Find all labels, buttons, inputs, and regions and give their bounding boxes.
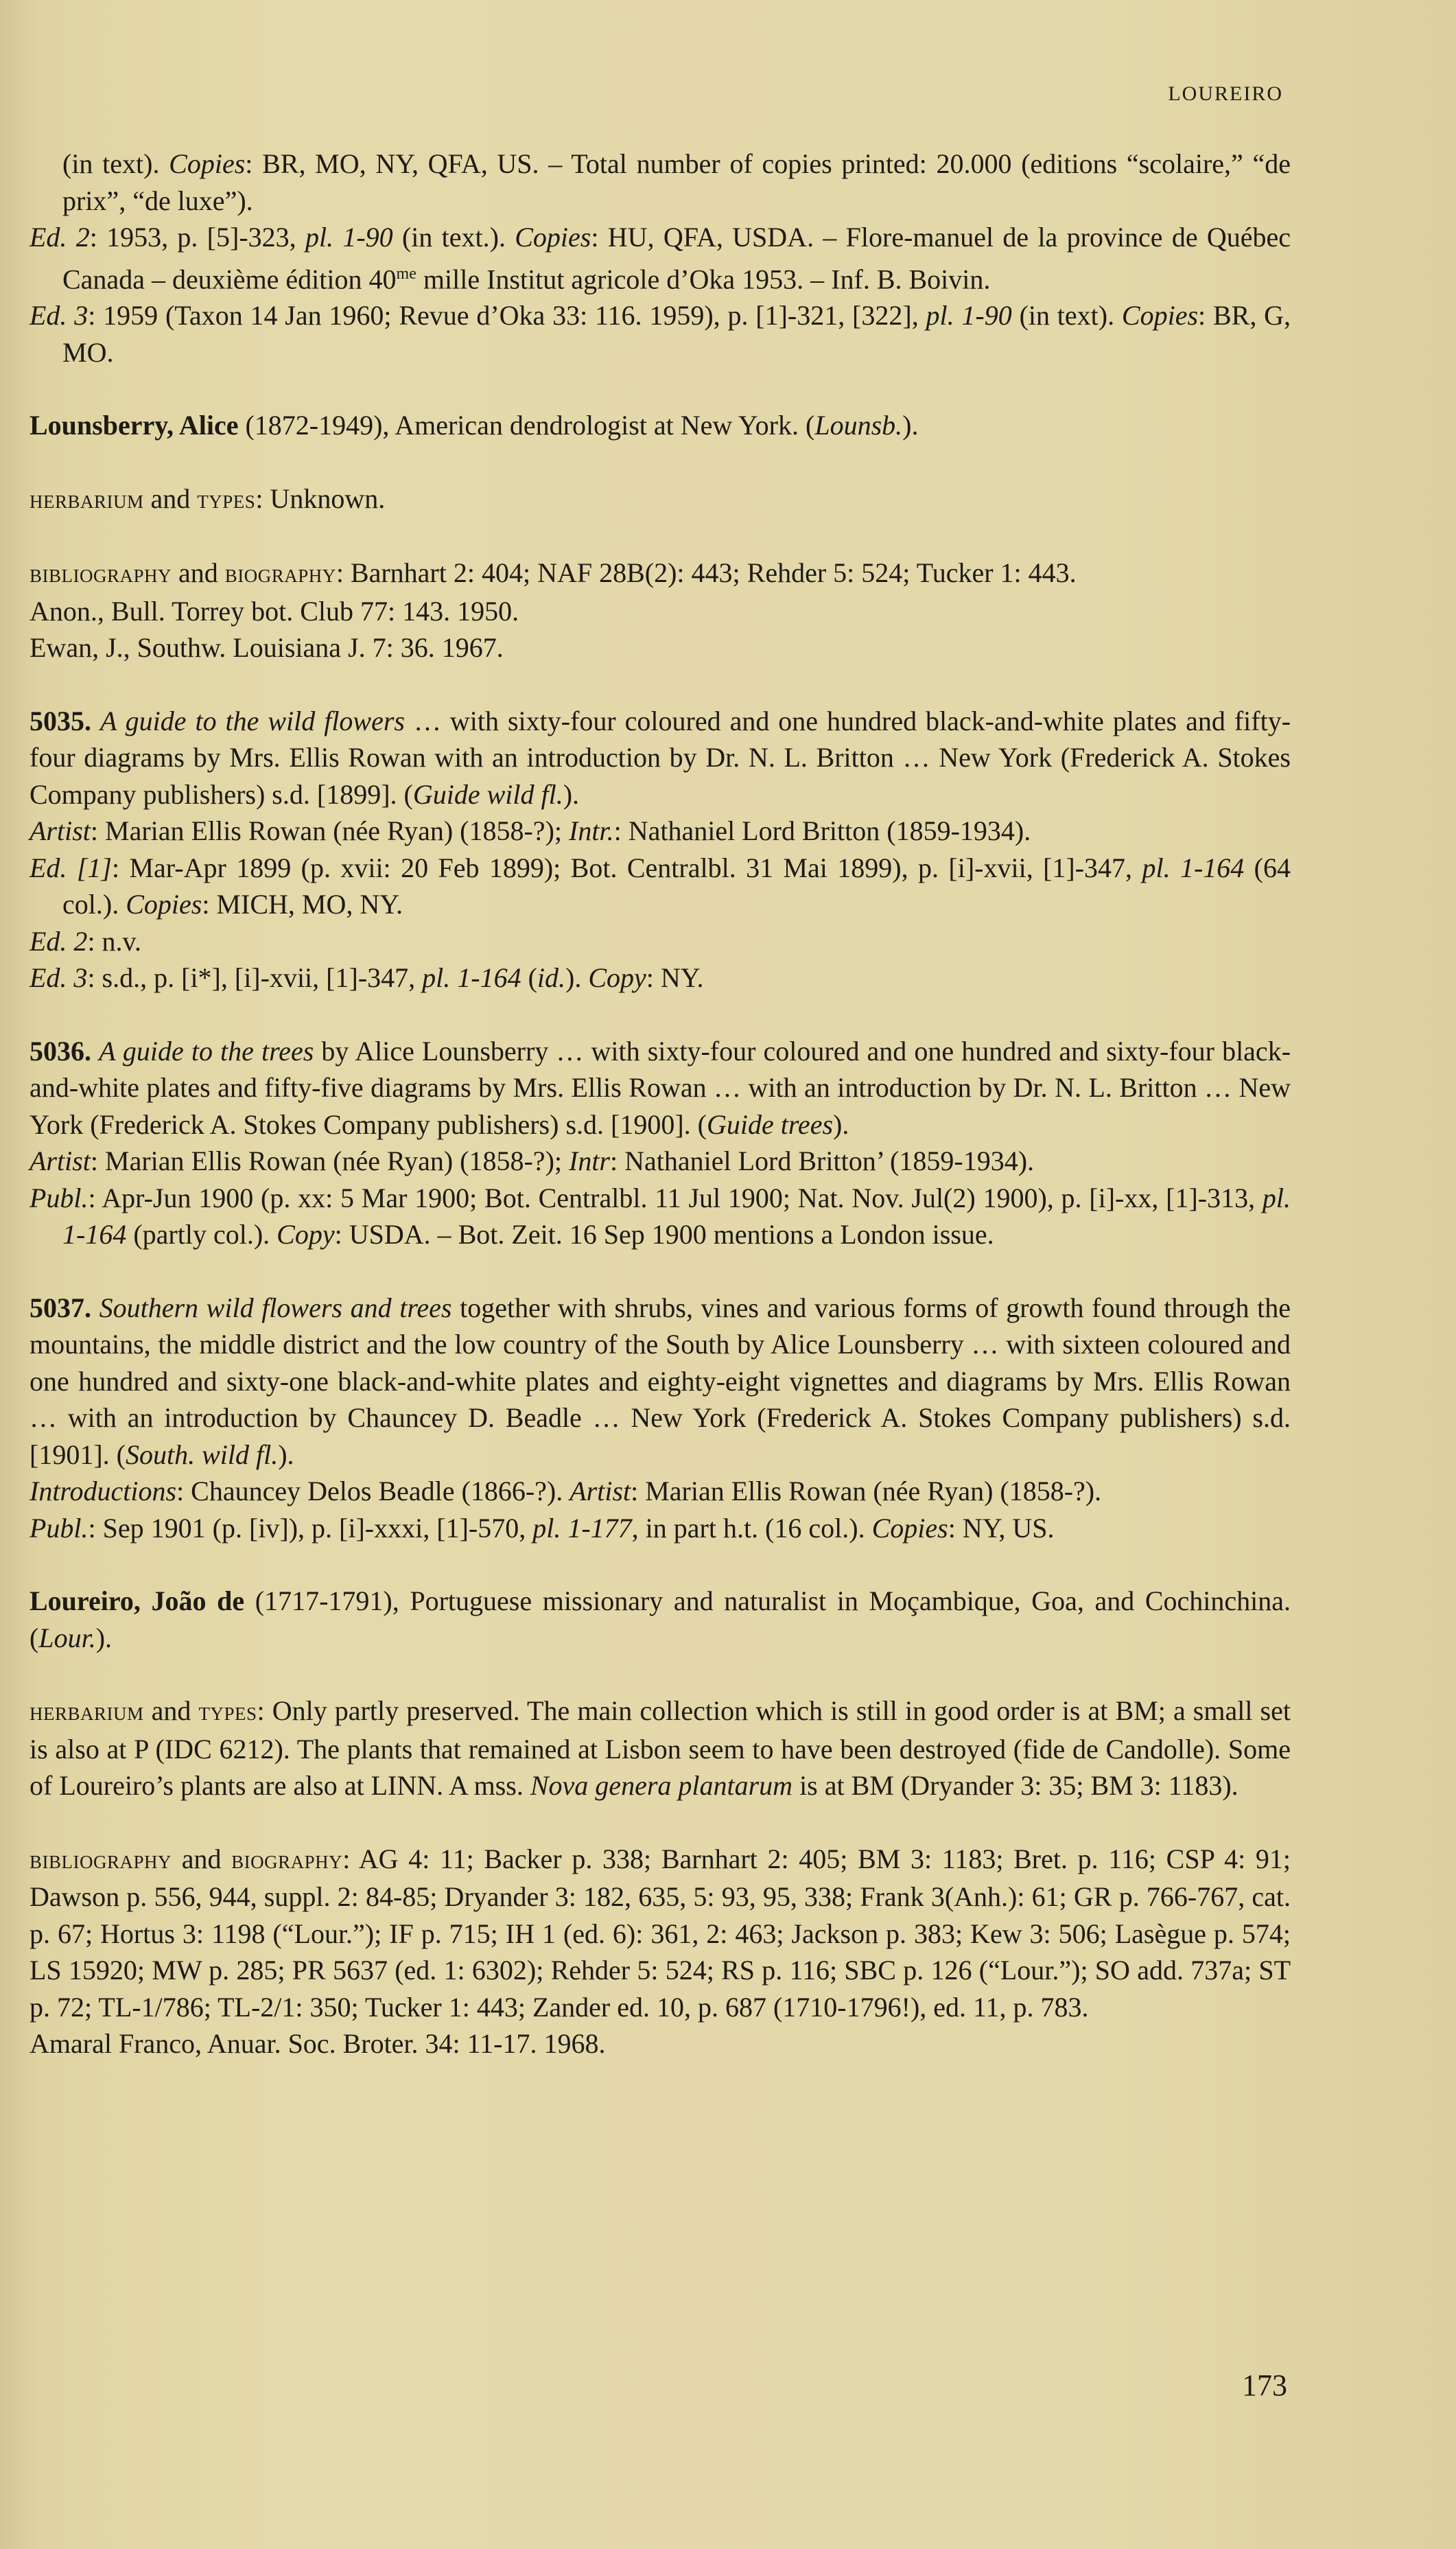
author-heading-lounsberry: Lounsberry, Alice (1872-1949), American … (30, 407, 1291, 444)
artist-line: Artist: Marian Ellis Rowan (née Ryan) (1… (30, 813, 1291, 850)
introductions-line: Introductions: Chauncey Delos Beadle (18… (30, 1473, 1291, 1510)
body-text: (in text). Copies: BR, MO, NY, QFA, US. … (30, 146, 1291, 2062)
entry-number: 5037. (30, 1292, 91, 1323)
entry-title: A guide to the wild flowers (100, 706, 405, 736)
edition-line: Ed. 2: n.v. (30, 923, 1291, 960)
continuation-ed3: Ed. 3: 1959 (Taxon 14 Jan 1960; Revue d’… (30, 297, 1291, 371)
page-number: 173 (1242, 2368, 1287, 2403)
continuation-ed1: (in text). Copies: BR, MO, NY, QFA, US. … (30, 146, 1291, 219)
bibliography-section: bibliography and biography: AG 4: 11; Ba… (30, 1841, 1291, 2026)
entry-title: A guide to the trees (99, 1036, 314, 1067)
herbarium-section: herbarium and types: Only partly preserv… (30, 1692, 1291, 1804)
author-heading-loureiro: Loureiro, João de (1717-1791), Portugues… (30, 1583, 1291, 1656)
entry-title: Southern wild flowers and trees (99, 1292, 452, 1323)
artist-line: Artist: Marian Ellis Rowan (née Ryan) (1… (30, 1143, 1291, 1180)
author-name: Lounsberry, Alice (30, 410, 238, 441)
author-name: Loureiro, João de (30, 1585, 244, 1616)
running-head: LOUREIRO (1168, 82, 1283, 106)
bibliography-section: bibliography and biography: Barnhart 2: … (30, 555, 1291, 593)
entry-number: 5035. (30, 706, 91, 736)
reference-line: Amaral Franco, Anuar. Soc. Broter. 34: 1… (30, 2025, 1291, 2062)
publication-line: Publ.: Sep 1901 (p. [iv]), p. [i]-xxxi, … (30, 1510, 1291, 1547)
reference-line: Anon., Bull. Torrey bot. Club 77: 143. 1… (30, 593, 1291, 630)
entry-5037: 5037. Southern wild flowers and trees to… (30, 1290, 1291, 1474)
publication-line: Publ.: Apr-Jun 1900 (p. xx: 5 Mar 1900; … (30, 1180, 1291, 1253)
entry-number: 5036. (30, 1036, 91, 1067)
edition-line: Ed. 3: s.d., p. [i*], [i]-xvii, [1]-347,… (30, 959, 1291, 997)
herbarium-section: herbarium and types: Unknown. (30, 480, 1291, 519)
edition-line: Ed. [1]: Mar-Apr 1899 (p. xvii: 20 Feb 1… (30, 850, 1291, 923)
entry-5035: 5035. A guide to the wild flowers … with… (30, 703, 1291, 813)
entry-5036: 5036. A guide to the trees by Alice Loun… (30, 1033, 1291, 1143)
reference-line: Ewan, J., Southw. Louisiana J. 7: 36. 19… (30, 629, 1291, 666)
continuation-ed2: Ed. 2: 1953, p. [5]-323, pl. 1-90 (in te… (30, 219, 1291, 297)
